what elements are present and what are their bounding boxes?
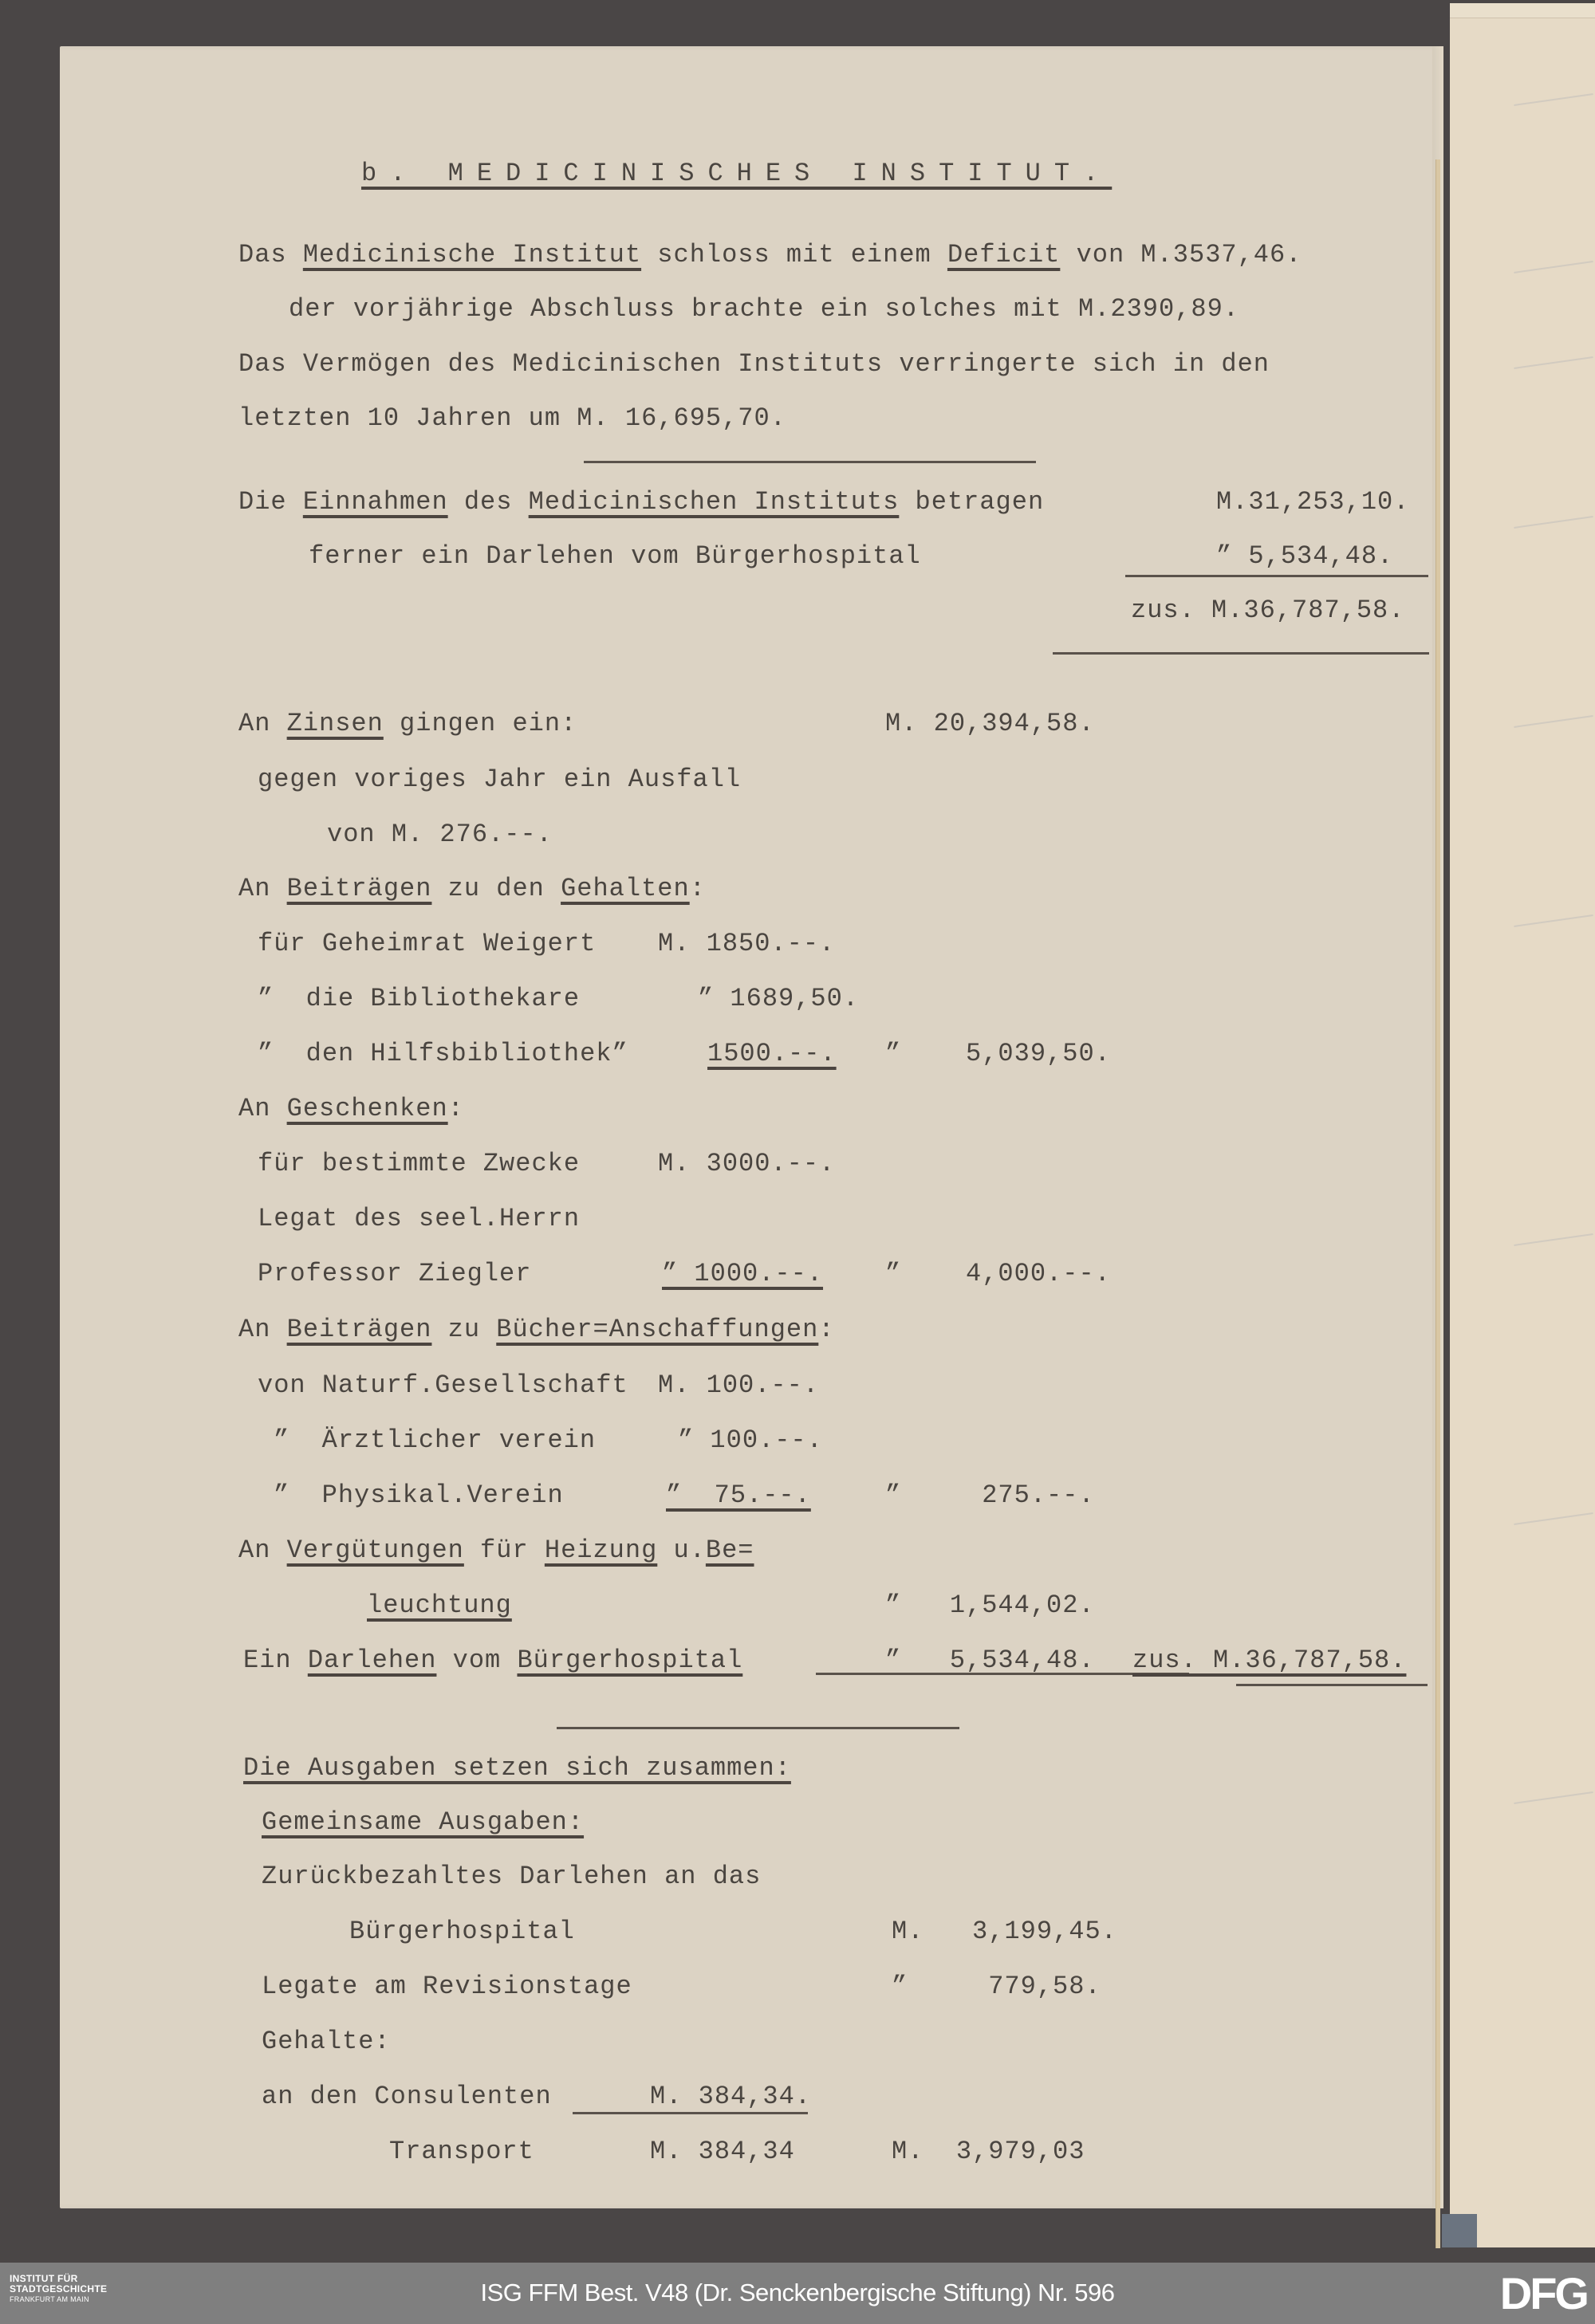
darlehen-amount: ” 5,534,48. bbox=[1216, 541, 1393, 572]
faint-handwriting bbox=[1514, 715, 1593, 728]
gehalten-total: ” 5,039,50. bbox=[885, 1038, 1111, 1070]
zinsen-amount: M. 20,394,58. bbox=[885, 708, 1095, 740]
geschenken-heading: An Geschenken: bbox=[238, 1093, 464, 1125]
buecher-total: ” 275.--. bbox=[885, 1480, 1095, 1512]
darlehen-label: ferner ein Darlehen vom Bürgerhospital bbox=[309, 541, 921, 572]
intro-line-2: der vorjährige Abschluss brachte ein sol… bbox=[289, 293, 1239, 325]
geschenken-total: ” 4,000.--. bbox=[885, 1258, 1111, 1290]
next-sheet bbox=[1450, 3, 1595, 2247]
intro-line-3: Das Vermögen des Medicinischen Instituts… bbox=[238, 348, 1270, 380]
transport-sub: M. 384,34 bbox=[650, 2136, 795, 2168]
zinsen-heading: An Zinsen gingen ein: bbox=[238, 708, 577, 740]
sum-rule bbox=[1125, 575, 1428, 577]
ausgaben-subheading: Gemeinsame Ausgaben: bbox=[262, 1807, 584, 1838]
next-sheet-edge bbox=[1450, 3, 1595, 18]
dfg-logo: DFG bbox=[1500, 2271, 1587, 2317]
faint-handwriting bbox=[1514, 261, 1593, 273]
gehalten-row-sub: 1500.--. bbox=[707, 1038, 837, 1070]
darlehen-heading: Ein Darlehen vom Bürgerhospital bbox=[243, 1645, 742, 1677]
ausgaben-row-label: Legate am Revisionstage bbox=[262, 1971, 632, 2003]
einnahmen-line: Die Einnahmen des Medicinischen Institut… bbox=[238, 486, 1044, 518]
buecher-row-sub: ” 100.--. bbox=[678, 1425, 823, 1457]
gehalten-row-sub: ” 1689,50. bbox=[698, 983, 859, 1015]
faint-handwriting bbox=[1514, 93, 1593, 106]
buecher-row-label: von Naturf.Gesellschaft bbox=[258, 1370, 628, 1402]
gehalten-row-label: ” den Hilfsbibliothek” bbox=[258, 1038, 628, 1070]
zinsen-note-1: gegen voriges Jahr ein Ausfall bbox=[258, 764, 741, 796]
archive-footer: INSTITUT FÜR STADTGESCHICHTE FRANKFURT A… bbox=[0, 2263, 1595, 2324]
faint-handwriting bbox=[1514, 516, 1593, 529]
einnahmen-amount: M.31,253,10. bbox=[1216, 486, 1409, 518]
gehalten-row-label: für Geheimrat Weigert bbox=[258, 928, 596, 960]
intro-line-4: letzten 10 Jahren um M. 16,695,70. bbox=[238, 403, 786, 435]
ausgaben-row-amount: ” 779,58. bbox=[892, 1971, 1101, 2003]
buecher-heading: An Beiträgen zu Bücher=Anschaffungen: bbox=[238, 1314, 835, 1346]
geschenken-row-label: für bestimmte Zwecke bbox=[258, 1148, 580, 1180]
gehalten-row-label: ” die Bibliothekare bbox=[258, 983, 580, 1015]
zinsen-note-2: von M. 276.--. bbox=[327, 819, 553, 851]
intro-line-1: Das Medicinische Institut schloss mit ei… bbox=[238, 239, 1302, 271]
ausgaben-row-label: Zurückbezahltes Darlehen an das bbox=[262, 1861, 761, 1893]
faint-handwriting bbox=[1514, 1791, 1593, 1804]
blue-tab bbox=[1442, 2214, 1477, 2247]
heizung-heading: An Vergütungen für Heizung u.Be= bbox=[238, 1535, 754, 1567]
buecher-row-sub: M. 100.--. bbox=[658, 1370, 819, 1402]
buecher-row-label: ” Ärztlicher verein bbox=[274, 1425, 596, 1457]
ausgaben-row-label: an den Consulenten bbox=[262, 2081, 552, 2113]
geschenken-row-sub: M. 3000.--. bbox=[658, 1148, 835, 1180]
document-page: b. MEDICINISCHES INSTITUT. Das Medicinis… bbox=[60, 46, 1443, 2208]
buecher-row-label: ” Physikal.Verein bbox=[274, 1480, 564, 1512]
ausgaben-heading: Die Ausgaben setzen sich zusammen: bbox=[243, 1752, 791, 1784]
section-title: b. MEDICINISCHES INSTITUT. bbox=[361, 158, 1112, 190]
faint-handwriting bbox=[1514, 356, 1593, 369]
geschenken-row-label: Professor Ziegler bbox=[258, 1258, 531, 1290]
faint-handwriting bbox=[1514, 1512, 1593, 1525]
ausgaben-row-label: Bürgerhospital bbox=[349, 1916, 575, 1948]
geschenken-row-sub: ” 1000.--. bbox=[662, 1258, 823, 1290]
gehalten-row-sub: M. 1850.--. bbox=[658, 928, 835, 960]
darlehen-item-amount: ” 5,534,48. bbox=[885, 1645, 1095, 1677]
divider bbox=[557, 1727, 959, 1729]
divider bbox=[584, 461, 1036, 463]
sum-rule bbox=[573, 2112, 808, 2114]
institution-logo: INSTITUT FÜR STADTGESCHICHTE FRANKFURT A… bbox=[10, 2274, 107, 2305]
gehalten-heading: An Beiträgen zu den Gehalten: bbox=[238, 873, 706, 905]
total-rule bbox=[1053, 652, 1429, 655]
archive-caption: ISG FFM Best. V48 (Dr. Senckenbergische … bbox=[463, 2279, 1132, 2307]
buecher-row-sub: ” 75.--. bbox=[666, 1480, 811, 1512]
einnahmen-total: zus. M.36,787,58. bbox=[1131, 595, 1404, 627]
geschenken-row-label: Legat des seel.Herrn bbox=[258, 1203, 580, 1235]
ausgaben-row-sub: M. 384,34. bbox=[650, 2081, 811, 2113]
faint-handwriting bbox=[1514, 1233, 1593, 1246]
total-rule bbox=[1236, 1684, 1428, 1686]
heizung-line-2: leuchtung bbox=[367, 1590, 512, 1622]
ausgaben-row-amount: M. 3,199,45. bbox=[892, 1916, 1117, 1948]
ausgaben-row-label: Gehalte: bbox=[262, 2026, 391, 2058]
faint-handwriting bbox=[1514, 914, 1593, 927]
transport-label: Transport bbox=[389, 2136, 534, 2168]
binding-string bbox=[1435, 159, 1440, 2248]
income-grand-total: zus. M.36,787,58. bbox=[1132, 1645, 1406, 1677]
heizung-amount: ” 1,544,02. bbox=[885, 1590, 1095, 1622]
transport-amount: M. 3,979,03 bbox=[892, 2136, 1085, 2168]
